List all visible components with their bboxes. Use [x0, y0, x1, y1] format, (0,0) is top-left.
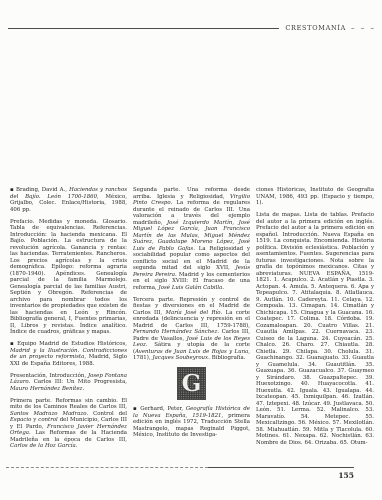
text-run: . Carlos III: Un Mito Progresista, — [29, 379, 127, 385]
footer-rule-solid — [208, 467, 354, 468]
section-title: CRESTOMANÍA — [285, 24, 346, 32]
text-run: Lista de mapas. Lista de tablas. Prefaci… — [256, 212, 374, 446]
text-run: . — [222, 285, 224, 291]
page-header: CRESTOMANÍA – – – — [8, 24, 376, 32]
text-run: ▪ Gerhard, Peter, — [133, 406, 186, 412]
footer-rule-dashed — [6, 467, 208, 468]
page-number: 155 — [330, 471, 354, 480]
header-rule — [8, 28, 279, 29]
scanned-book-page: CRESTOMANÍA – – – ▪ Brading, David A., H… — [0, 0, 382, 500]
italic-text-run: Jacques Soubeyroux — [152, 355, 208, 361]
text-run: . — [76, 443, 78, 449]
text-run: ▪ Brading, David A., — [10, 187, 69, 193]
italic-text-run: Aventuras de Juan Luis de Rojas y Luna — [135, 349, 248, 355]
italic-text-run: María José del Río — [165, 310, 220, 316]
ornamental-initial: G — [133, 367, 250, 400]
ornamental-initial-letter: G — [177, 367, 206, 400]
header-dashes: – – – — [351, 24, 376, 32]
italic-text-run: Carlos de la Hoz García — [10, 443, 76, 449]
text-column-middle: Segunda parte. Una reforma desde arriba.… — [133, 187, 250, 459]
text-run: ciones Históricas, Instituto de Geografí… — [256, 187, 374, 206]
text-run: Presentación, Introducción, — [10, 373, 88, 379]
text-run: . Control del — [87, 411, 127, 417]
italic-text-run: Fernando Hernández Sánchez — [133, 329, 217, 335]
paragraph: Lista de mapas. Lista de tablas. Prefaci… — [256, 212, 374, 446]
paragraph: Presentación, Introducción, Josep Fontan… — [10, 373, 127, 393]
italic-text-run: José Luis Galán Cabilla — [159, 285, 223, 291]
paragraph: ciones Históricas, Instituto de Geografí… — [256, 187, 374, 207]
text-run: ▪ Equipo Madrid de Estudios Históricos, — [10, 341, 127, 347]
bibliography-entry: ▪ Brading, David A., Haciendas y ranchos… — [10, 187, 127, 213]
paragraph: Tercera parte. Represión y control de fi… — [133, 297, 250, 362]
text-run: . — [83, 386, 85, 392]
text-run: Primera parte. Reformas sin cambio. El m… — [10, 398, 127, 411]
italic-text-run: Espacio — [10, 417, 31, 423]
paragraph: Primera parte. Reformas sin cambio. El m… — [10, 398, 127, 450]
paragraph: Prefacio. Medidas y moneda. Glosario. Ta… — [10, 219, 127, 336]
italic-text-run: Santos Madrazo Madrazo — [10, 411, 87, 417]
paragraph: Segunda parte. Una reforma desde arriba.… — [133, 187, 250, 291]
text-run: . Bibliografía. — [208, 355, 245, 361]
bibliography-entry: ▪ Equipo Madrid de Estudios Históricos, … — [10, 341, 127, 367]
text-column-right: ciones Históricas, Instituto de Geografí… — [256, 187, 374, 459]
italic-text-run: control — [38, 417, 57, 423]
italic-text-run: Mauro Hernández Benítez — [10, 386, 83, 392]
text-column-left: ▪ Brading, David A., Haciendas y ranchos… — [10, 187, 127, 459]
bibliography-entry: ▪ Gerhard, Peter, Geografía Histórica de… — [133, 406, 250, 439]
text-run: Prefacio. Medidas y moneda. Glosario. Ta… — [10, 219, 127, 336]
